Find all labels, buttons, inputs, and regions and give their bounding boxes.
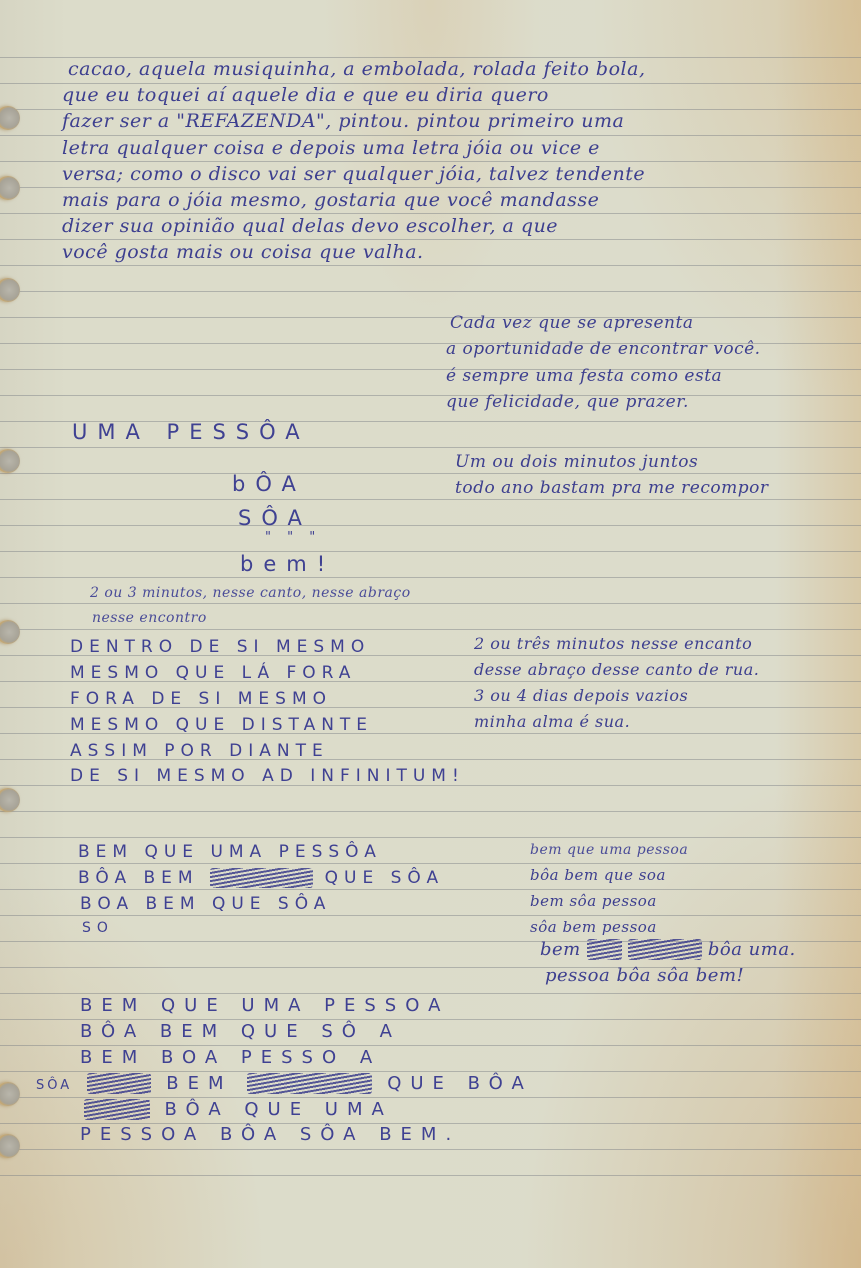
stanza-word: SÔA	[36, 1078, 72, 1093]
letter-line: versa; como o disco vai ser qualquer jói…	[62, 163, 645, 185]
ruled-line	[0, 395, 861, 396]
stanza-line: BEM BOA PESSO A	[80, 1047, 381, 1068]
ruled-line	[0, 213, 861, 214]
ruled-line	[0, 629, 861, 630]
stanza-line: ASSIM POR DIANTE	[70, 741, 329, 761]
ruled-line	[0, 1175, 861, 1176]
ruled-line	[0, 551, 861, 552]
letter-line: letra qualquer coisa e depois uma letra …	[62, 137, 600, 159]
ruled-line	[0, 1045, 861, 1046]
verse-line: todo ano bastam pra me recompor	[455, 478, 768, 498]
ditto-marks: " " "	[265, 530, 321, 545]
stanza-word: BEM	[166, 1073, 232, 1094]
verse-line: bem que uma pessoa	[530, 842, 688, 858]
struck-word: PESSOA	[210, 868, 313, 888]
stanza-line: BÔA BEM PESSOA QUE SÔA	[78, 868, 444, 888]
letter-line: que eu toquei aí aquele dia e que eu dir…	[62, 84, 549, 106]
ruled-line	[0, 1097, 861, 1098]
verse-line: pessoa bôa sôa bem!	[545, 965, 744, 986]
title-line: bÔA	[232, 472, 306, 496]
stanza-line: PESSOA BÔA SÔA BEM.	[80, 1124, 460, 1145]
stanza-line: DE SI MESMO AD INFINITUM!	[70, 766, 465, 786]
binder-hole	[0, 449, 20, 473]
ruled-line	[0, 161, 861, 162]
ruled-line	[0, 993, 861, 994]
binder-hole	[0, 788, 20, 812]
ruled-line	[0, 863, 861, 864]
stanza-line: FORA DE SI MESMO	[70, 689, 332, 709]
ruled-line	[0, 889, 861, 890]
stanza-line: SÔA SÔA BEM PESSOA QUE BÔA	[36, 1073, 533, 1094]
stanza-line: MESMO QUE DISTANTE	[70, 715, 373, 735]
verse-line: 3 ou 4 dias depois vazios	[474, 686, 688, 705]
ruled-line	[0, 1071, 861, 1072]
ruled-line	[0, 577, 861, 578]
binder-hole	[0, 1134, 20, 1158]
ruled-line	[0, 1149, 861, 1150]
verse-line: desse abraço desse canto de rua.	[474, 660, 759, 679]
stanza-line: BEM QUE UMA PESSOA	[80, 995, 449, 1016]
binder-hole	[0, 620, 20, 644]
note-line: nesse encontro	[92, 610, 207, 626]
binder-hole	[0, 1082, 20, 1106]
verse-word: bôa uma.	[708, 939, 796, 960]
ruled-line	[0, 239, 861, 240]
struck-word: SÔA	[87, 1073, 152, 1094]
letter-line: fazer ser a "REFAZENDA", pintou. pintou …	[62, 110, 624, 132]
ruled-line	[0, 291, 861, 292]
stanza-word: QUE BÔA	[387, 1073, 533, 1094]
verse-line: 2 ou três minutos nesse encanto	[474, 634, 752, 653]
verse-line: minha alma é sua.	[474, 712, 630, 731]
verse-line: a oportunidade de encontrar você.	[446, 339, 761, 359]
stanza-line: DENTRO DE SI MESMO	[70, 637, 370, 657]
ruled-line	[0, 369, 861, 370]
ruled-line	[0, 447, 861, 448]
title-line: bem!	[240, 552, 335, 576]
notebook-page: cacao, aquela musiquinha, a embolada, ro…	[0, 0, 861, 1268]
title-line: UMA PESSÔA	[72, 420, 310, 444]
verse-line: Cada vez que se apresenta	[450, 313, 693, 333]
verse-line: bôa bem que soa	[530, 866, 666, 884]
struck-word: PESSOA	[247, 1073, 372, 1094]
ruled-line	[0, 499, 861, 500]
struck-word: bôa	[587, 939, 622, 960]
note-line: 2 ou 3 minutos, nesse canto, nesse abraç…	[90, 585, 411, 601]
ruled-line	[0, 837, 861, 838]
verse-line: bem bôa que soa bôa uma.	[540, 939, 796, 960]
verse-line: é sempre uma festa como esta	[446, 366, 722, 386]
title-line: SÔA	[238, 506, 312, 530]
stanza-line: BÔA BEM QUE SÔ A	[80, 1021, 401, 1042]
binder-hole	[0, 106, 20, 130]
verse-word: bem	[540, 939, 581, 960]
letter-line: cacao, aquela musiquinha, a embolada, ro…	[68, 58, 645, 80]
verse-line: sôa bem pessoa	[530, 918, 657, 936]
ruled-line	[0, 265, 861, 266]
letter-line: você gosta mais ou coisa que valha.	[62, 241, 424, 263]
struck-word: que soa	[628, 939, 702, 960]
binder-hole	[0, 278, 20, 302]
ruled-line	[0, 473, 861, 474]
letter-line: mais para o jóia mesmo, gostaria que voc…	[62, 189, 599, 211]
letter-line: dizer sua opinião qual delas devo escolh…	[62, 215, 558, 237]
ruled-line	[0, 1019, 861, 1020]
ruled-line	[0, 525, 861, 526]
ruled-line	[0, 603, 861, 604]
stanza-word: BÔA QUE UMA	[164, 1099, 392, 1120]
stanza-word: BÔA BEM	[78, 868, 199, 888]
struck-word: QUE	[84, 1099, 150, 1120]
verse-line: que felicidade, que prazer.	[446, 392, 689, 412]
stanza-line: QUE BÔA QUE UMA	[84, 1099, 393, 1120]
stanza-line: BEM QUE UMA PESSÔA	[78, 842, 382, 862]
ruled-line	[0, 811, 861, 812]
ruled-line	[0, 187, 861, 188]
ruled-line	[0, 135, 861, 136]
stanza-line: MESMO QUE LÁ FORA	[70, 663, 356, 683]
stanza-word: QUE SÔA	[325, 868, 444, 888]
ruled-line	[0, 915, 861, 916]
stanza-line: BOA BEM QUE SÔA	[80, 894, 331, 914]
verse-line: Um ou dois minutos juntos	[455, 452, 698, 472]
ruled-line	[0, 317, 861, 318]
stanza-line: SO	[82, 920, 114, 936]
verse-line: bem sôa pessoa	[530, 892, 657, 910]
binder-hole	[0, 176, 20, 200]
